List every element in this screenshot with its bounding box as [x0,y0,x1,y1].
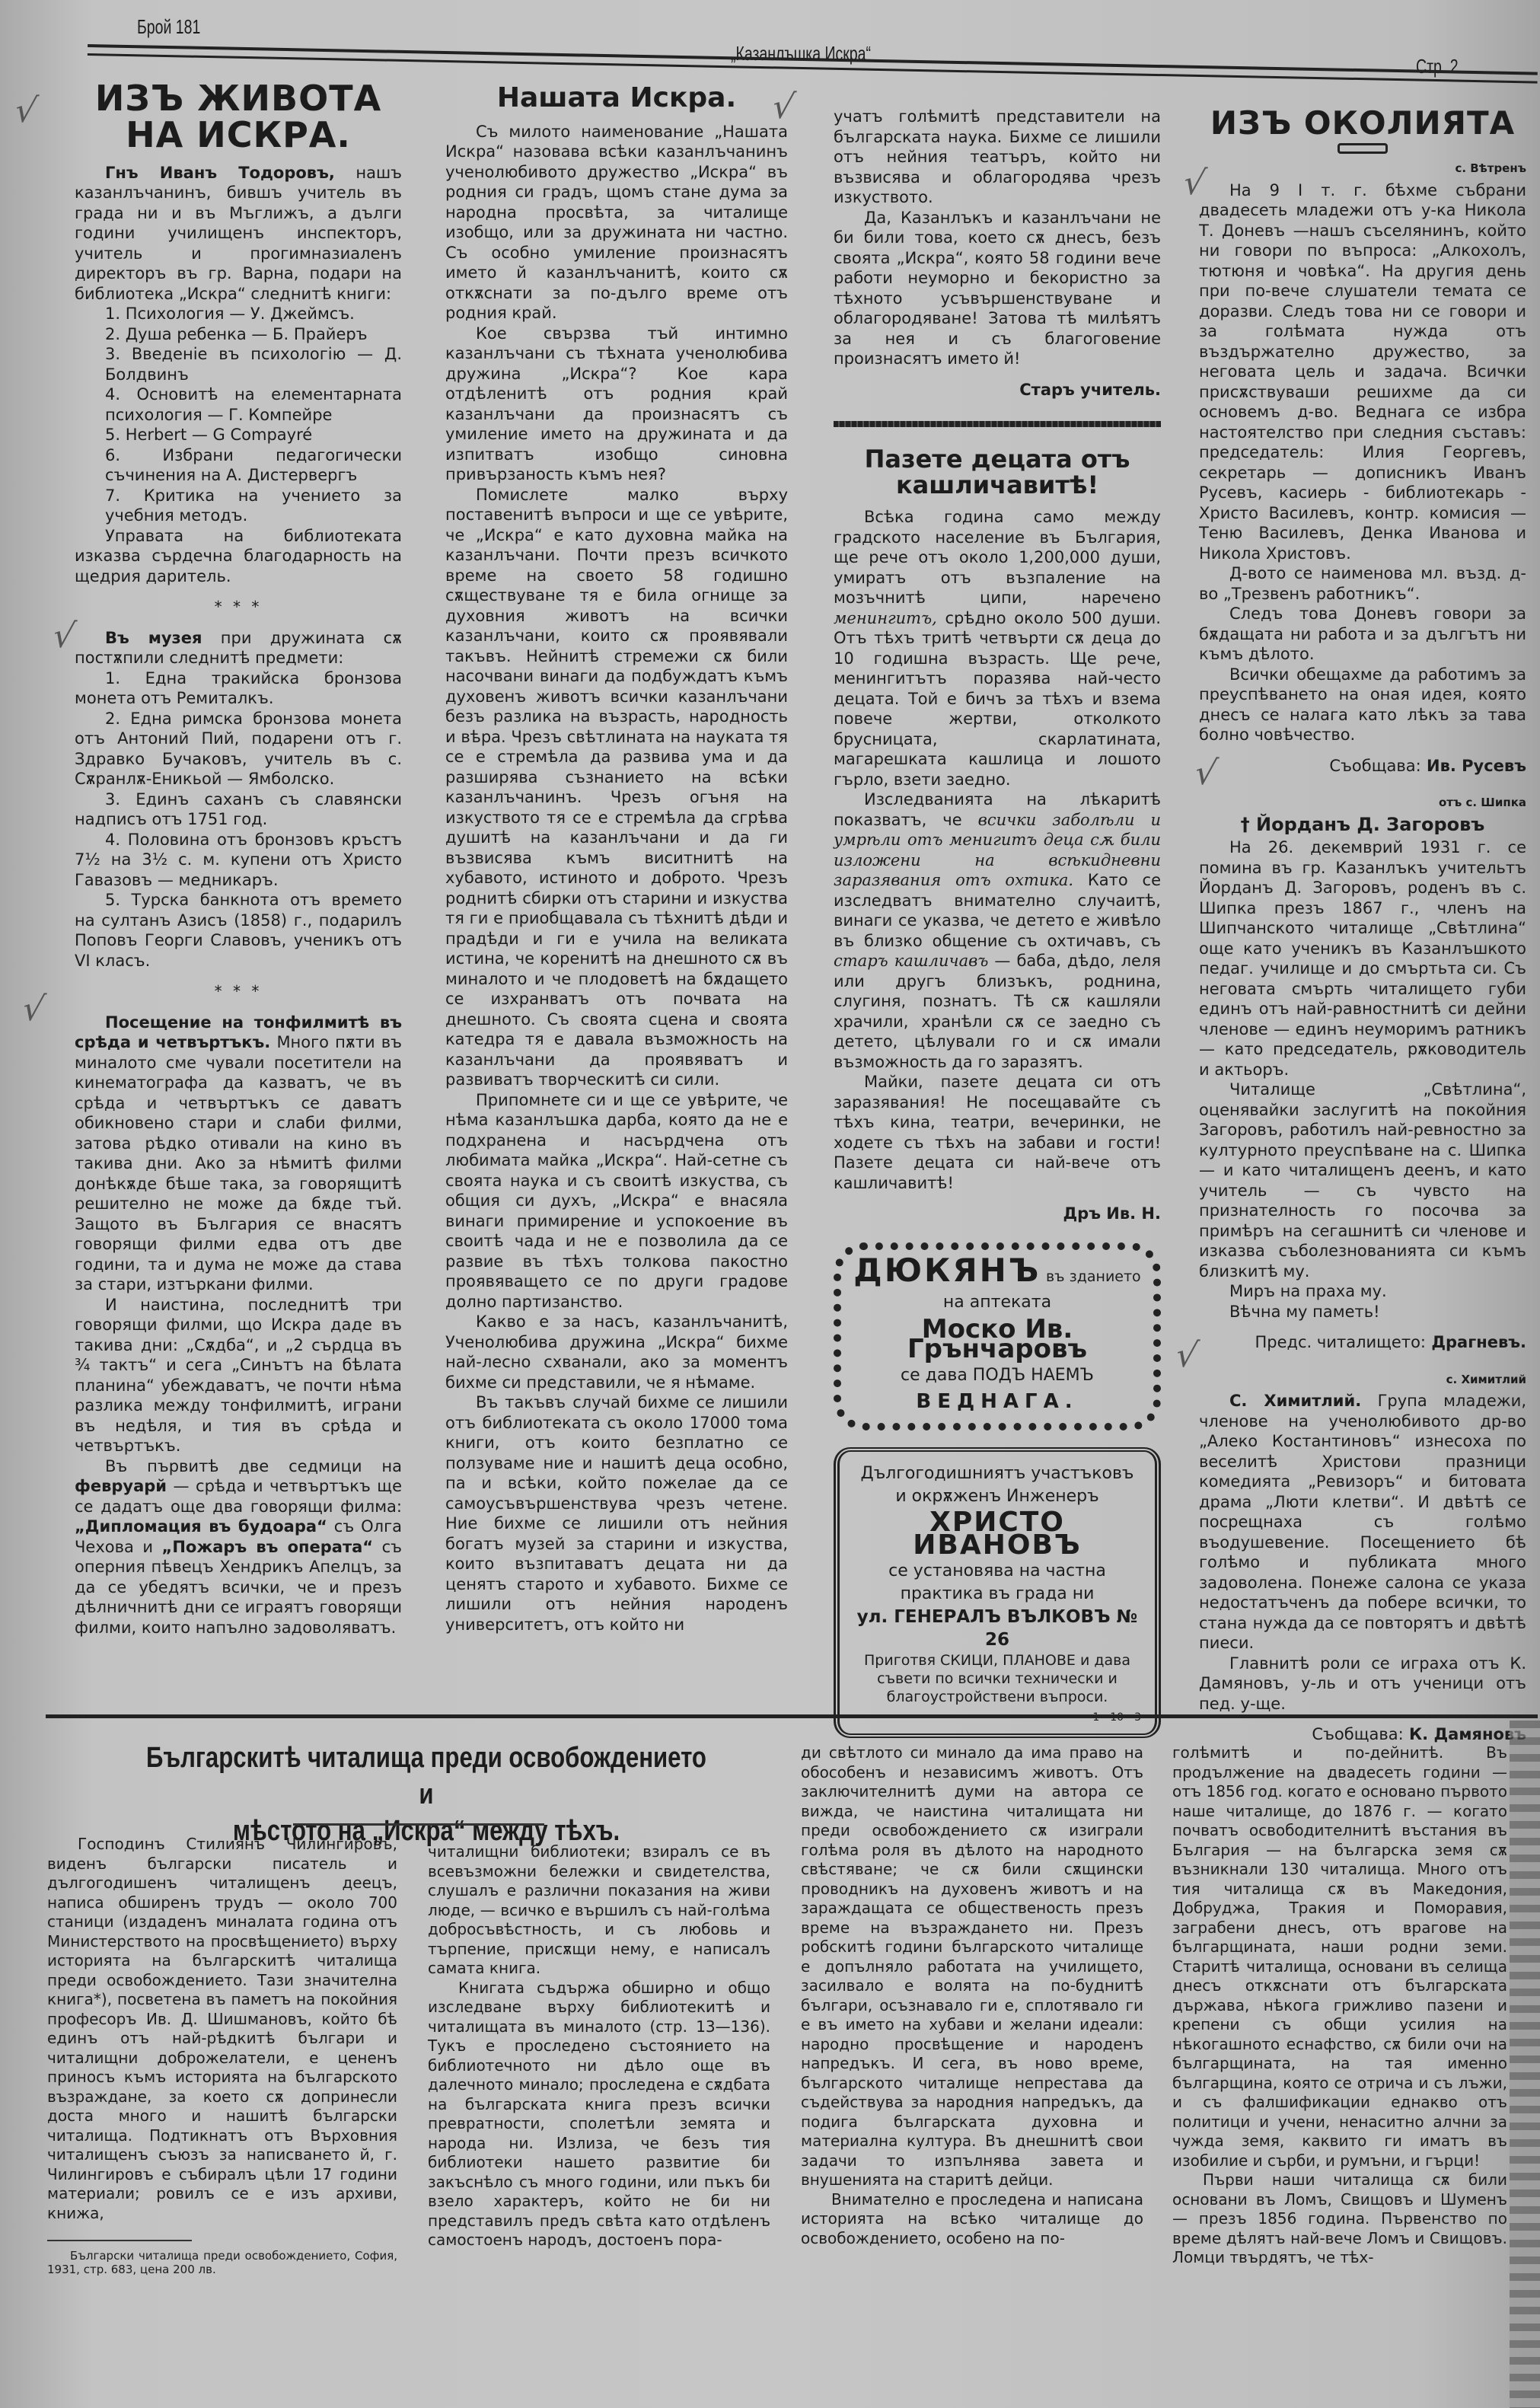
article-paragraph: Какво е за насъ, казанлъчанитѣ, Ученолюб… [445,1312,788,1392]
films-paragraph: И наистина, последнитѣ три говорящи филм… [75,1295,402,1456]
dateline: с. Химитлий [1199,1370,1526,1390]
article-paragraph: На 26. декемврий 1931 г. се помина въ гр… [1199,837,1526,1080]
author-signature: Съобщава: К. Дамяновъ [1199,1724,1526,1745]
section-separator: * * * [75,597,402,617]
article-paragraph: Първи наши читалища сѫ били основани въ … [1172,2170,1507,2268]
article-paragraph: Помислете малко върху поставенитѣ въпрос… [445,485,788,1090]
closing-line: Вѣчна му паметь! [1199,1302,1526,1322]
article-paragraph: Съ милото наименование „Нашата Искра“ на… [445,122,788,324]
bottom-column-4: голѣмитѣ и по-дейнитѣ. Въ продължение на… [1172,1743,1507,2268]
article-paragraph: С. Химитлий. Група младежи, членове на у… [1199,1391,1526,1654]
section-separator: * * * [75,981,402,1002]
bottom-article-title: Българскитѣ читалища преди освобождениет… [145,1740,707,1849]
headline-iz-zhivota: ИЗЪ ЖИВОТА НА ИСКРА. [75,80,402,154]
article-paragraph: Книгата съдържа обширно и общо изследван… [428,1979,770,2250]
museum-item: 3. Единъ саханъ съ славянски надписъ отъ… [75,789,402,830]
book-item: 5. Herbert — G Compayré [105,425,402,445]
article-paragraph: Внимателно е проследена и написана истор… [801,2190,1143,2249]
article-paragraph: учатъ голѣмитѣ представители на българск… [834,107,1161,208]
article-paragraph: Господинъ Стилиянъ Чилингировъ, виденъ б… [47,1835,397,2223]
article-paragraph: читалищни библиотеки; взиралъ се въ всев… [428,1842,770,1979]
dateline: отъ с. Шипка [1199,793,1526,813]
article-paragraph: Всѣка година само между градското населе… [834,507,1161,789]
footnote: Български читалища преди освобождението,… [47,2249,397,2276]
bottom-column-1: Господинъ Стилиянъ Чилингировъ, виденъ б… [47,1835,397,2276]
films-paragraph: Посещение на тонфилмитѣ въ срѣда и четвъ… [75,1013,402,1295]
book-list: 1. Психология — У. Джеймсъ. 2. Душа ребе… [75,304,402,526]
museum-item: 5. Турска банкнота отъ времето на султан… [75,890,402,971]
article-paragraph: Главнитѣ роли се играха отъ К. Дамяновъ,… [1199,1654,1526,1714]
films-paragraph: Въ първитѣ две седмици на февруарй — срѣ… [75,1456,402,1638]
author-signature: Предс. читалището: Драгневъ. [1199,1332,1526,1353]
title-underline [293,1823,544,1826]
museum-paragraph: Въ музея при дружината сѫ постѫпили след… [75,628,402,668]
bottom-column-2: читалищни библиотеки; взиралъ се въ всев… [428,1842,770,2250]
book-item: 3. Введеніе въ психологію — Д. Болдвинъ [105,344,402,384]
binding-edge [1510,1721,1540,2408]
section-divider [834,421,1161,427]
museum-item: 1. Една тракийска бронзова монета отъ Ре… [75,668,402,709]
column-4: ИЗЪ ОКОЛИЯТА с. Вѣтренъ На 9 I т. г. бѣх… [1199,107,1526,1745]
dateline: с. Вѣтренъ [1199,158,1526,179]
museum-item: 4. Половина отъ бронзовъ кръстъ 7½ на 3½… [75,830,402,891]
book-item: 6. Избрани педагогически съчинения на А.… [105,445,402,486]
article-paragraph: голѣмитѣ и по-дейнитѣ. Въ продължение на… [1172,1743,1507,2170]
article-paragraph: Кое свързва тъй интимно казанлъчани съ т… [445,324,788,485]
article-paragraph: Всички обещахме да работимъ за преуспѣва… [1199,665,1526,745]
article-paragraph: Д-вото се наименова мл. възд. д-во „Трез… [1199,563,1526,604]
thanks-paragraph: Управата на библиотеката изказва сърдечн… [75,526,402,587]
author-signature: Съобщава: Ив. Русевъ [1199,756,1526,777]
article-paragraph: Въ такъвъ случай бихме се лишили отъ биб… [445,1392,788,1635]
newspaper-page: Брой 181 „Казанлъшка Искра“ Стр. 2. √ √ … [0,0,1540,2408]
bottom-column-3: ди свѣтлото си минало да има право на об… [801,1743,1143,2248]
headline-pazete-decata: Пазете децата отъ кашличавитѣ! [834,447,1161,498]
article-paragraph: На 9 I т. г. бѣхме събрани двадесеть мла… [1199,180,1526,564]
article-paragraph: Изследванията на лѣкаритѣ показватъ, че … [834,789,1161,1072]
article-paragraph: Следъ това Доневъ говори за бѫдащата ни … [1199,604,1526,665]
book-item: 1. Психология — У. Джеймсъ. [105,304,402,324]
pencil-check-icon: √ [12,91,40,130]
closing-line: Миръ на праха му. [1199,1281,1526,1302]
masthead: Брой 181 „Казанлъшка Искра“ Стр. 2. [0,0,1540,76]
article-paragraph: Читалище „Свѣтлина“, оценявайки заслугит… [1199,1080,1526,1281]
pencil-check-icon: √ [20,990,48,1029]
article-paragraph: Припомнете си и ще се увѣрите, че нѣма к… [445,1090,788,1312]
advertisement-engineer: Дългогодишниятъ участъковъ и окрѫженъ Ин… [834,1447,1161,1738]
pencil-check-icon: √ [1173,1336,1201,1375]
book-item: 2. Душа ребенка — Б. Прайеръ [105,324,402,345]
headline-nashata-iskra: Нашата Искра. [445,84,788,113]
column-3: учатъ голѣмитѣ представители на българск… [834,107,1161,1738]
issue-number: Брой 181 [137,15,200,39]
headline-iz-okoliyata: ИЗЪ ОКОЛИЯТА [1199,107,1526,140]
column-2: Нашата Искра. Съ милото наименование „На… [445,84,788,1635]
article-paragraph: ди свѣтлото си минало да има право на об… [801,1743,1143,2190]
column-1: ИЗЪ ЖИВОТА НА ИСКРА. Гнъ Иванъ Тодоровъ,… [75,80,402,1638]
pencil-check-icon: √ [50,617,78,655]
article-paragraph: Да, Казанлъкъ и казанлъчани не би били т… [834,208,1161,369]
book-item: 7. Критика на учението за учебния методъ… [105,486,402,526]
author-signature: Старъ учитель. [834,380,1161,400]
donation-paragraph: Гнъ Иванъ Тодоровъ, нашъ казанлъчанинъ, … [75,163,402,305]
footnote-rule [47,2240,192,2241]
book-item: 4. Основитѣ на елементарната психология … [105,384,402,425]
obituary-title: † Йорданъ Д. Загоровъ [1199,815,1526,835]
donor-name: Гнъ Иванъ Тодоровъ, [105,164,335,182]
section-rule [46,1714,1538,1718]
article-paragraph: Майки, пазете децата си отъ заразявания!… [834,1072,1161,1193]
museum-item: 2. Една римска бронзова монета отъ Антон… [75,709,402,789]
author-signature: Дръ Ив. Н. [834,1204,1161,1224]
advertisement-shop-rent: ДЮКЯНЪ въ зданието на аптеката Моско Ив.… [834,1242,1161,1430]
ornament-rule [1338,143,1388,154]
